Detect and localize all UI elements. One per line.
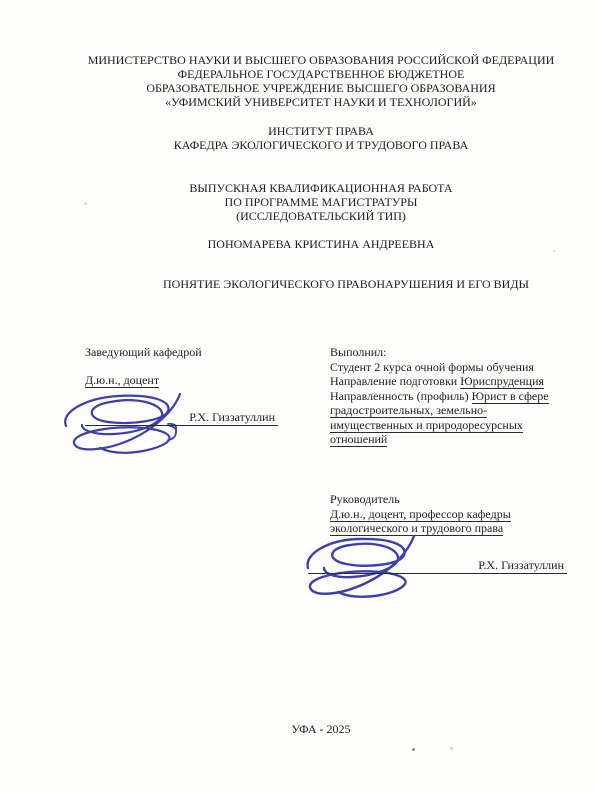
institute-block: ИНСТИТУТ ПРАВА КАФЕДРА ЭКОЛОГИЧЕСКОГО И …	[85, 124, 557, 152]
scan-speck	[553, 250, 555, 252]
supervisor-label: Руководитель	[330, 492, 570, 507]
supervisor-degree-line: Д.ю.н., доцент, профессор кафедры	[330, 507, 570, 522]
profile-label: Направленность (профиль)	[330, 389, 469, 403]
profile-value: Юрист в сфере	[472, 389, 549, 404]
student-block: Выполнил: Студент 2 курса очной формы об…	[330, 345, 570, 447]
head-of-department-role: Заведующий кафедрой	[85, 345, 285, 359]
profile-value: отношений	[330, 432, 387, 447]
ministry-line: МИНИСТЕРСТВО НАУКИ И ВЫСШЕГО ОБРАЗОВАНИЯ…	[85, 53, 557, 67]
profile-value: градостроительных, земельно-	[330, 403, 487, 418]
degree-text: Д.ю.н., доцент, профессор кафедры	[330, 507, 511, 522]
thesis-title-page: МИНИСТЕРСТВО НАУКИ И ВЫСШЕГО ОБРАЗОВАНИЯ…	[0, 0, 595, 792]
thesis-title: ПОНЯТИЕ ЭКОЛОГИЧЕСКОГО ПРАВОНАРУШЕНИЯ И …	[85, 277, 557, 291]
field-value: Юриспруденция	[460, 374, 544, 389]
profile-value: имущественных и природоресурсных	[330, 418, 523, 433]
student-profile-line: градостроительных, земельно-	[330, 403, 570, 418]
supervisor-signature-line: Р.Х. Гиззатуллин	[308, 558, 567, 574]
ministry-line: ОБРАЗОВАТЕЛЬНОЕ УЧРЕЖДЕНИЕ ВЫСШЕГО ОБРАЗ…	[85, 81, 557, 95]
student-profile-line: отношений	[330, 432, 570, 447]
student-profile: Направленность (профиль)Юрист в сфере	[330, 389, 570, 404]
student-course: Студент 2 курса очной формы обучения	[330, 360, 570, 375]
head-of-department-signature-line: Р.Х. Гиззатуллин	[85, 410, 278, 426]
university-header: МИНИСТЕРСТВО НАУКИ И ВЫСШЕГО ОБРАЗОВАНИЯ…	[85, 53, 557, 109]
work-type-block: ВЫПУСКНАЯ КВАЛИФИКАЦИОННАЯ РАБОТА ПО ПРО…	[85, 181, 557, 223]
work-type-line: (ИССЛЕДОВАТЕЛЬСКИЙ ТИП)	[85, 209, 557, 223]
university-name: «УФИМСКИЙ УНИВЕРСИТЕТ НАУКИ И ТЕХНОЛОГИЙ…	[85, 95, 557, 109]
head-of-department-signer-name: Р.Х. Гиззатуллин	[189, 410, 275, 424]
ministry-line: ФЕДЕРАЛЬНОЕ ГОСУДАРСТВЕННОЕ БЮДЖЕТНОЕ	[85, 67, 557, 81]
head-of-department-block: Заведующий кафедрой Д.ю.н., доцент	[85, 345, 285, 387]
field-label: Направление подготовки	[330, 374, 457, 388]
institute-name: ИНСТИТУТ ПРАВА	[85, 124, 557, 138]
work-type-line: ПО ПРОГРАММЕ МАГИСТРАТУРЫ	[85, 195, 557, 209]
scan-speck	[412, 748, 415, 751]
footer-city-year: УФА - 2025	[85, 722, 557, 736]
author-name: ПОНОМАРЕВА КРИСТИНА АНДРЕЕВНА	[85, 237, 557, 251]
scan-speck	[450, 747, 453, 750]
supervisor-block: Руководитель Д.ю.н., доцент, профессор к…	[330, 492, 570, 536]
work-type-line: ВЫПУСКНАЯ КВАЛИФИКАЦИОННАЯ РАБОТА	[85, 181, 557, 195]
department-name: КАФЕДРА ЭКОЛОГИЧЕСКОГО И ТРУДОВОГО ПРАВА	[85, 138, 557, 152]
scan-speck	[84, 202, 87, 205]
supervisor-signer-name: Р.Х. Гиззатуллин	[478, 558, 564, 572]
student-label: Выполнил:	[330, 345, 570, 360]
student-profile-line: имущественных и природоресурсных	[330, 418, 570, 433]
student-field: Направление подготовкиЮриспруденция	[330, 374, 570, 389]
